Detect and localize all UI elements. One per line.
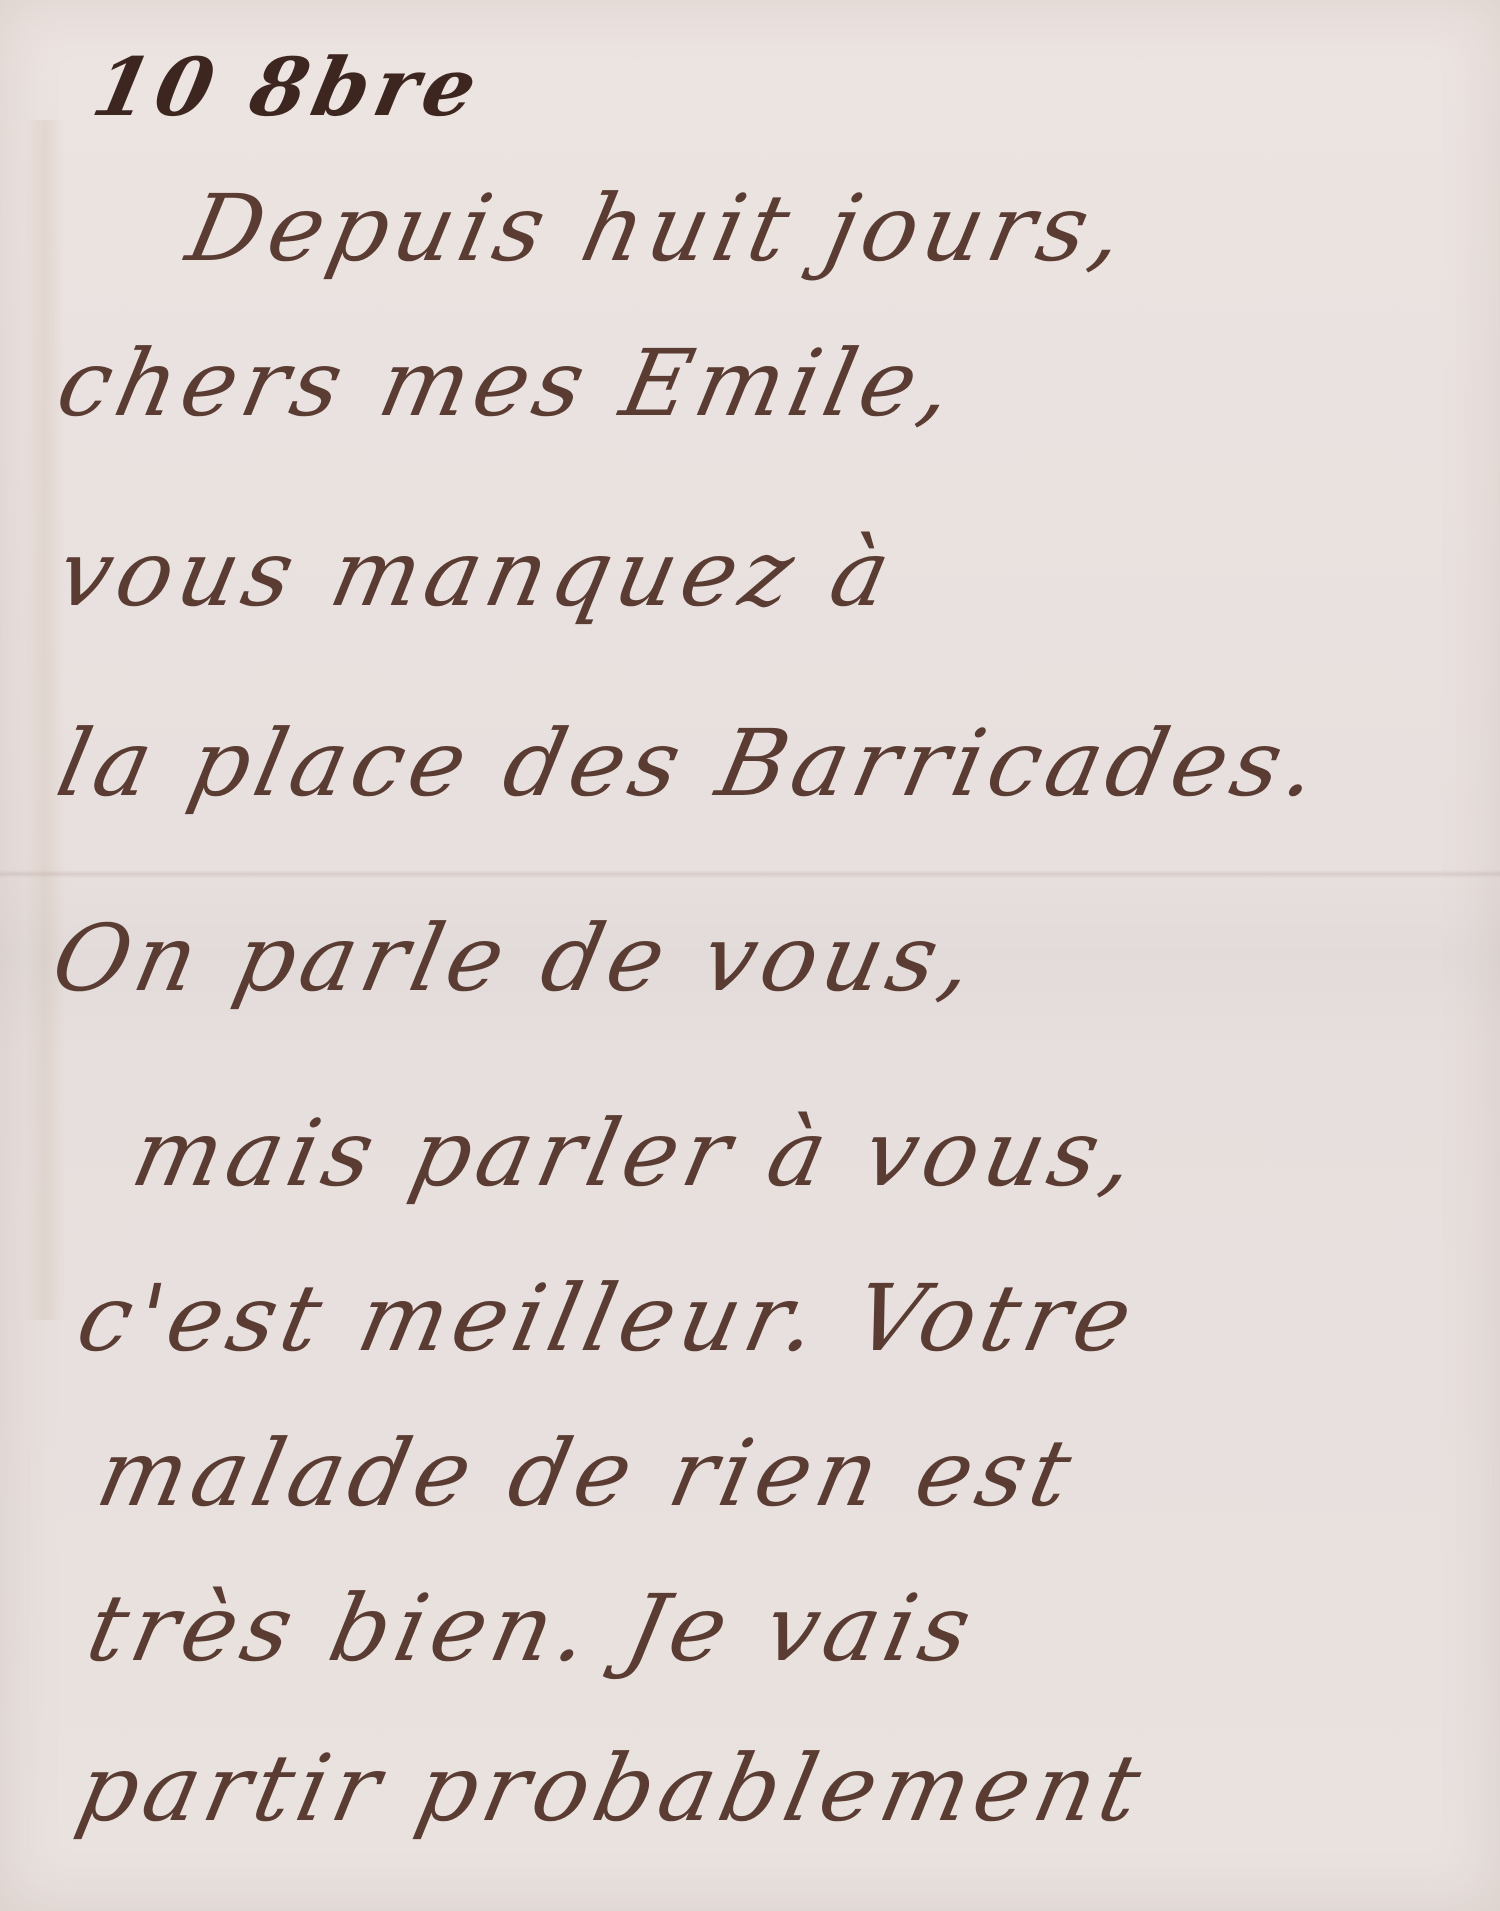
letter-line-1: Depuis huit jours, — [179, 175, 1140, 282]
letter-line-6: mais parler à vous, — [124, 1100, 1151, 1207]
letter-line-8: malade de rien est — [89, 1420, 1086, 1527]
letter-page: 10 8bre Depuis huit jours, chers mes Emi… — [0, 0, 1500, 1911]
letter-line-5: On parle de vous, — [44, 905, 989, 1012]
letter-line-10: partir probablement — [69, 1735, 1156, 1842]
paper-fold — [0, 870, 1500, 878]
letter-line-4: la place des Barricades. — [49, 710, 1333, 817]
letter-line-2: chers mes Emile, — [49, 330, 968, 437]
letter-line-3: vous manquez à — [49, 520, 905, 627]
date-line: 10 8bre — [85, 40, 491, 134]
letter-line-7: c'est meilleur. Votre — [69, 1265, 1147, 1372]
letter-line-9: très bien. Je vais — [79, 1575, 986, 1682]
paper-stain — [25, 120, 65, 1320]
